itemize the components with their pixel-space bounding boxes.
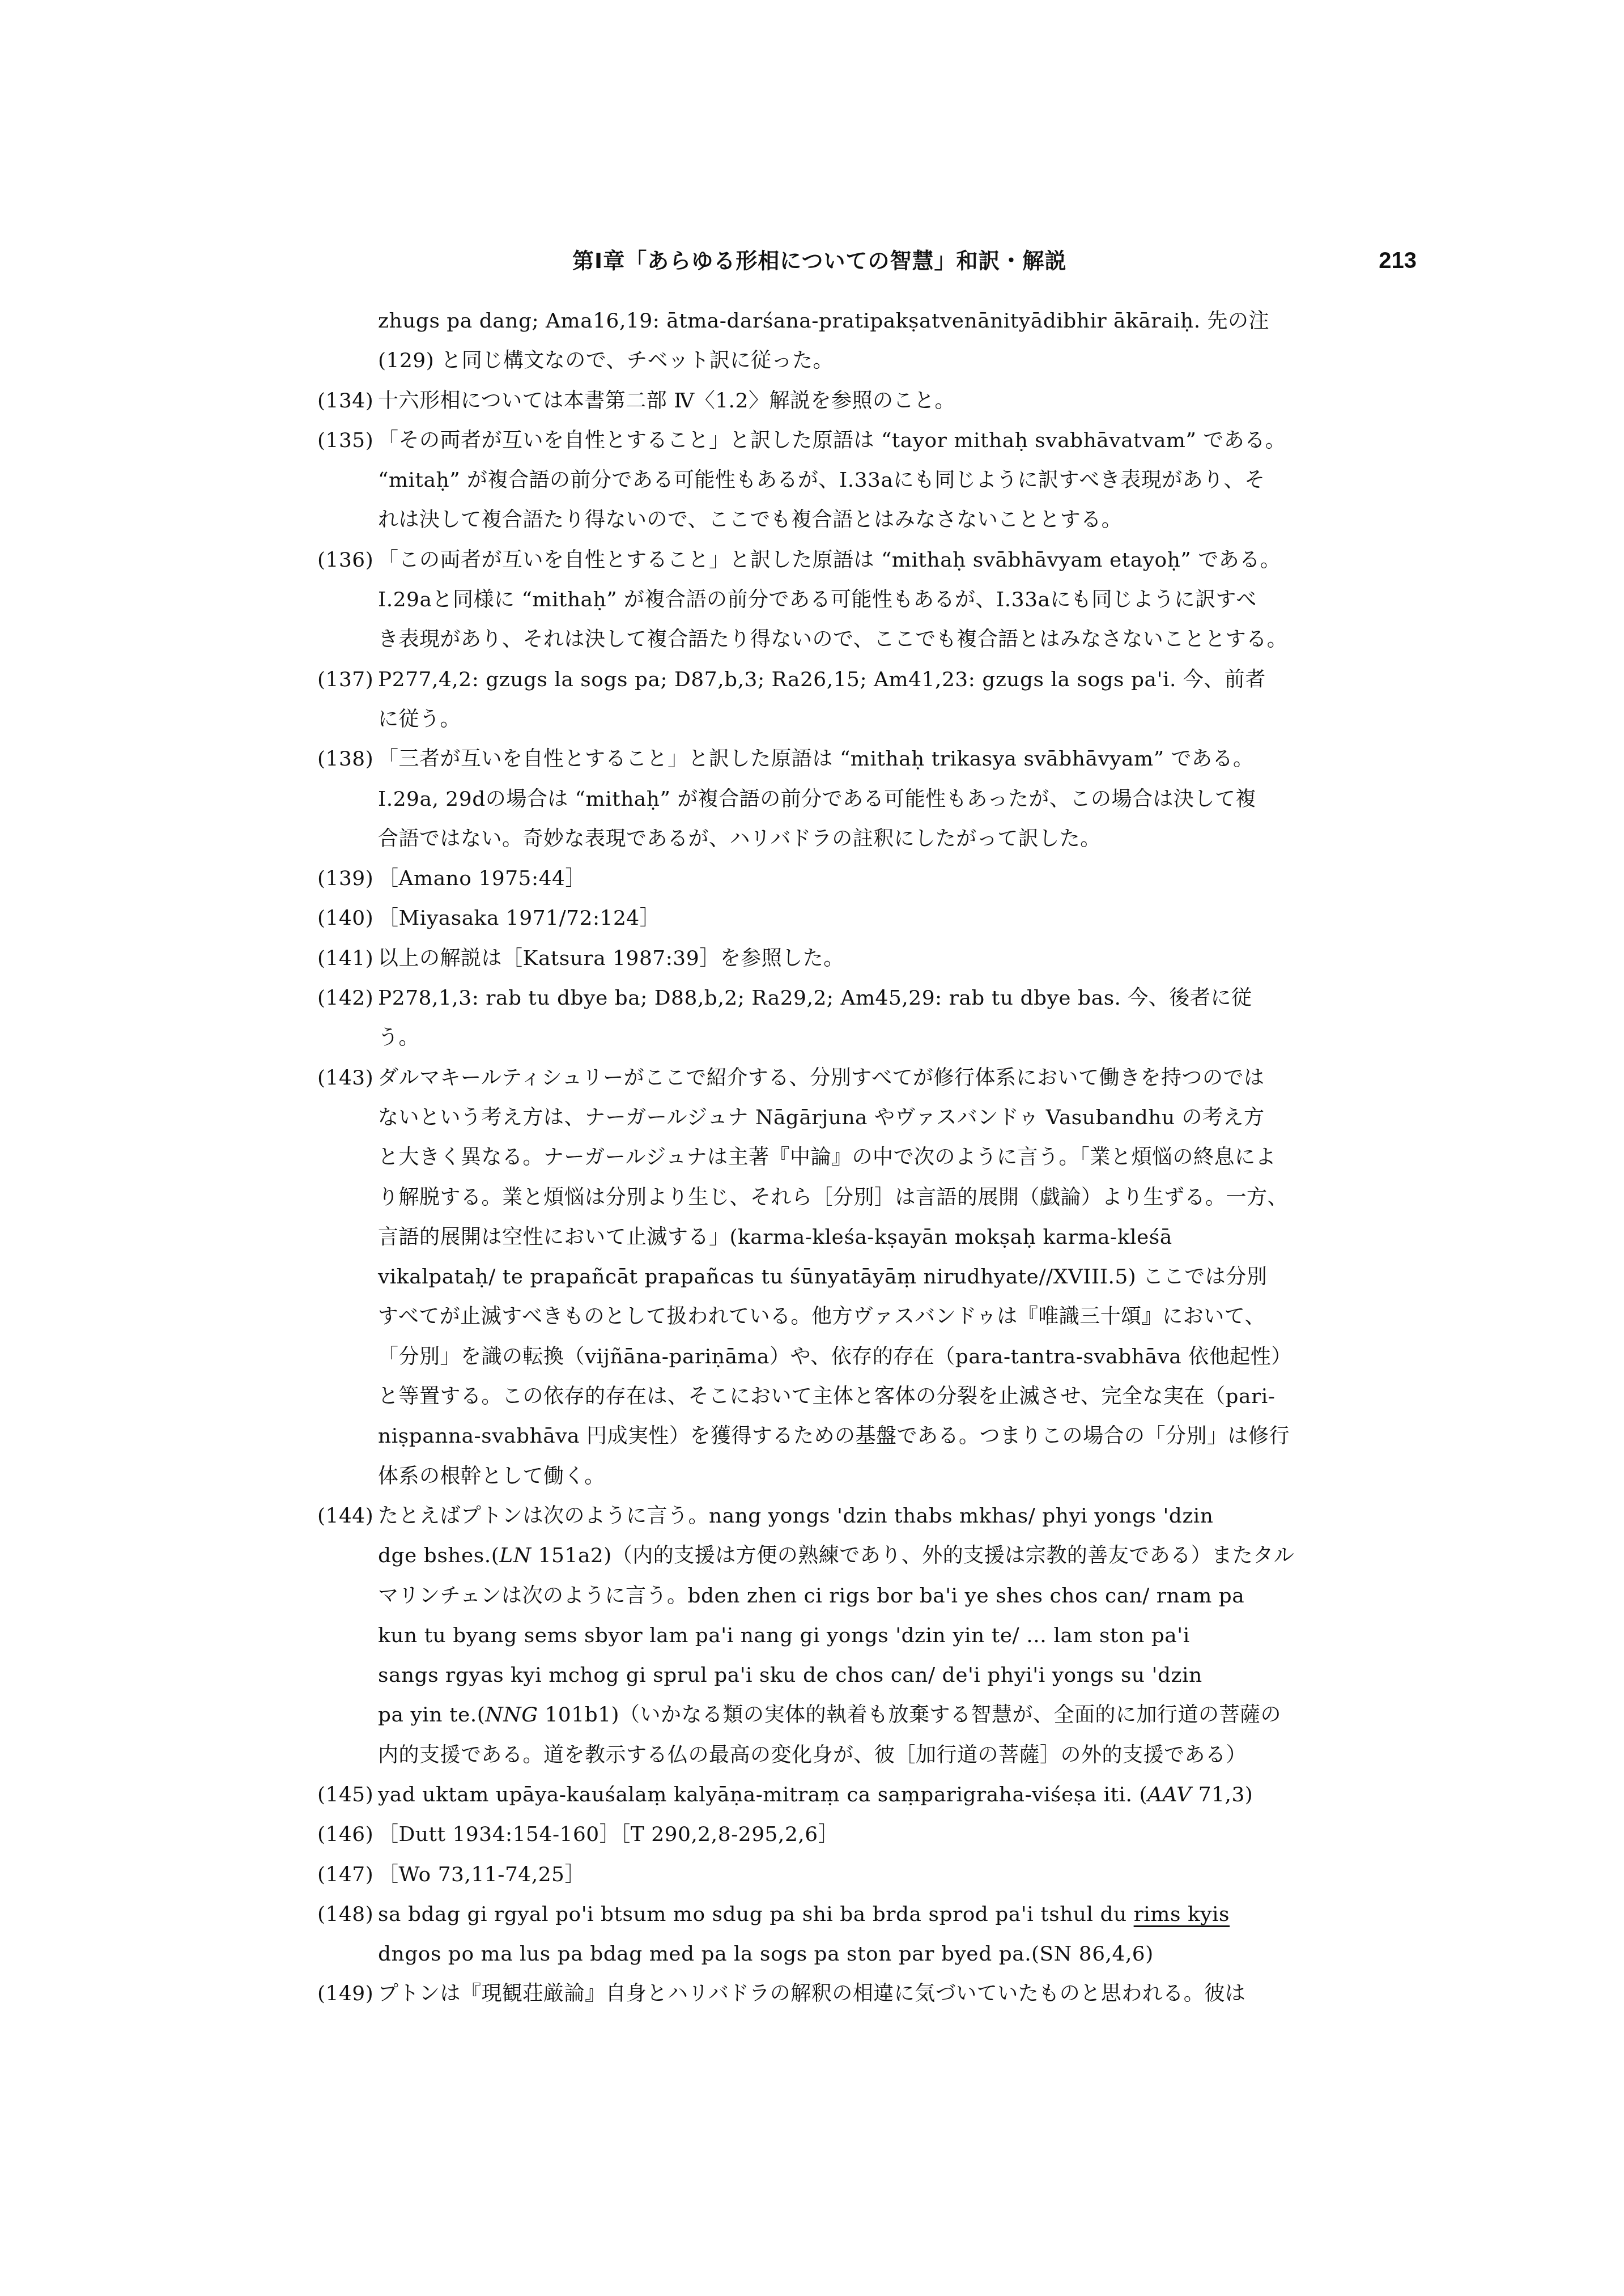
endnote-number: (139) (317, 859, 378, 899)
endnote-start-line: (142)P278,1,3: rab tu dbye ba; D88,b,2; … (317, 979, 1414, 1018)
endnote-continuation-line: dngos po ma lus pa bdag med pa la sogs p… (317, 1934, 1414, 1974)
document-page: 第Ⅰ章「あらゆる形相についての智慧」和訳・解説 213 zhugs pa dan… (0, 0, 1624, 2296)
endnote-text: ［Dutt 1934:154-160］［T 290,2,8-295,2,6］ (378, 1823, 839, 1846)
endnote-number: (144) (317, 1496, 378, 1536)
endnote-text: き表現があり、それは決して複合語たり得ないので、ここでも複合語とはみなさないこと… (378, 628, 1287, 651)
endnote-number: (136) (317, 541, 378, 580)
endnote-continuation-line: (129) と同じ構文なので、チベット訳に従った。 (317, 341, 1414, 381)
endnote-text: 以上の解説は［Katsura 1987:39］を参照した。 (378, 947, 844, 970)
text-run: sa bdag gi rgyal po'i btsum mo sdug pa s… (378, 1903, 1134, 1926)
endnote-text: 「この両者が互いを自性とすること」と訳した原語は “mithaḥ svābhāv… (378, 549, 1281, 572)
endnote-text: 十六形相については本書第二部 Ⅳ〈1.2〉解説を参照のこと。 (378, 389, 955, 413)
endnote-text: ［Wo 73,11-74,25］ (378, 1863, 585, 1886)
endnote-text: 「三者が互いを自性とすること」と訳した原語は “mithaḥ trikasya … (378, 747, 1254, 771)
endnote-text: マリンチェンは次のように言う。bden zhen ci rigs bor ba'… (378, 1584, 1244, 1608)
text-italic: LN (499, 1544, 531, 1567)
endnote-start-line: (135)「その両者が互いを自性とすること」と訳した原語は “tayor mit… (317, 421, 1414, 461)
running-head: 第Ⅰ章「あらゆる形相についての智慧」和訳・解説 213 (572, 244, 1417, 278)
endnotes-list: zhugs pa dang; Ama16,19: ātma-darśana-pr… (317, 301, 1414, 2014)
endnote-text: sangs rgyas kyi mchog gi sprul pa'i sku … (378, 1664, 1202, 1687)
endnote-continuation-line: 合語ではない。奇妙な表現であるが、ハリバドラの註釈にしたがって訳した。 (317, 819, 1414, 859)
endnote-start-line: (139)［Amano 1975:44］ (317, 859, 1414, 899)
endnote-text: ［Miyasaka 1971/72:124］ (378, 907, 660, 930)
endnote-start-line: (137)P277,4,2: gzugs la sogs pa; D87,b,3… (317, 660, 1414, 700)
endnote-continuation-line: dge bshes.(LN 151a2)（内的支援は方便の熟練であり、外的支援は… (317, 1536, 1414, 1576)
endnote-continuation-line: き表現があり、それは決して複合語たり得ないので、ここでも複合語とはみなさないこと… (317, 620, 1414, 660)
text-italic: AAV (1147, 1783, 1192, 1806)
endnote-start-line: (148)sa bdag gi rgyal po'i btsum mo sdug… (317, 1895, 1414, 1934)
endnote-text: れは決して複合語たり得ないので、ここでも複合語とはみなさないこととする。 (378, 508, 1122, 532)
endnote-continuation-line: Ⅰ.29a, 29dの場合は “mithaḥ” が複合語の前分である可能性もあっ… (317, 780, 1414, 819)
endnote-text: すべてが止滅すべきものとして扱われている。他方ヴァスバンドゥは『唯識三十頌』にお… (378, 1305, 1265, 1328)
endnote-text: 言語的展開は空性において止滅する」(karma-kleśa-kṣayān mok… (378, 1226, 1172, 1249)
endnote-continuation-line: 「分別」を識の転換（vijñāna-pariṇāma）や、依存的存在（para-… (317, 1337, 1414, 1377)
endnote-text: P278,1,3: rab tu dbye ba; D88,b,2; Ra29,… (378, 987, 1252, 1010)
endnote-number: (149) (317, 1974, 378, 2014)
endnote-text: と大きく異なる。ナーガールジュナは主著『中論』の中で次のように言う。「業と煩悩の… (378, 1146, 1276, 1169)
endnote-start-line: (136)「この両者が互いを自性とすること」と訳した原語は “mithaḥ sv… (317, 541, 1414, 580)
endnote-text: (129) と同じ構文なので、チベット訳に従った。 (378, 349, 834, 372)
endnote-number: (142) (317, 979, 378, 1018)
endnote-start-line: (145)yad uktam upāya-kauśalaṃ kalyāṇa-mi… (317, 1775, 1414, 1815)
endnote-number: (137) (317, 660, 378, 700)
endnote-continuation-line: zhugs pa dang; Ama16,19: ātma-darśana-pr… (317, 301, 1414, 341)
endnote-text: Ⅰ.29aと同様に “mithaḥ” が複合語の前分である可能性もあるが、Ⅰ.3… (378, 588, 1257, 611)
endnote-number: (135) (317, 421, 378, 461)
endnote-text: 内的支援である。道を教示する仏の最高の変化身が、彼［加行道の菩薩］の外的支援であ… (378, 1744, 1247, 1767)
endnote-start-line: (138)「三者が互いを自性とすること」と訳した原語は “mithaḥ trik… (317, 739, 1414, 779)
endnote-start-line: (146)［Dutt 1934:154-160］［T 290,2,8-295,2… (317, 1815, 1414, 1855)
endnote-continuation-line: 体系の根幹として働く。 (317, 1457, 1414, 1496)
endnote-text: kun tu byang sems sbyor lam pa'i nang gi… (378, 1624, 1190, 1647)
endnote-continuation-line: 言語的展開は空性において止滅する」(karma-kleśa-kṣayān mok… (317, 1218, 1414, 1257)
endnote-text: niṣpanna-svabhāva 円成実性）を獲得するための基盤である。つまり… (378, 1425, 1290, 1448)
endnote-text: と等置する。この依存的存在は、そこにおいて主体と客体の分裂を止滅させ、完全な実在… (378, 1385, 1275, 1408)
endnote-continuation-line: すべてが止滅すべきものとして扱われている。他方ヴァスバンドゥは『唯識三十頌』にお… (317, 1297, 1414, 1337)
endnote-continuation-line: ないという考え方は、ナーガールジュナ Nāgārjuna やヴァスバンドゥ Va… (317, 1098, 1414, 1138)
endnote-continuation-line: う。 (317, 1018, 1414, 1058)
endnote-continuation-line: と等置する。この依存的存在は、そこにおいて主体と客体の分裂を止滅させ、完全な実在… (317, 1377, 1414, 1417)
endnote-number: (140) (317, 899, 378, 938)
endnote-text: 「分別」を識の転換（vijñāna-pariṇāma）や、依存的存在（para-… (378, 1345, 1292, 1368)
endnote-number: (146) (317, 1815, 378, 1855)
endnote-text: 体系の根幹として働く。 (378, 1465, 605, 1488)
endnote-continuation-line: 内的支援である。道を教示する仏の最高の変化身が、彼［加行道の菩薩］の外的支援であ… (317, 1736, 1414, 1775)
endnote-number: (145) (317, 1775, 378, 1815)
endnote-text: り解脱する。業と煩悩は分別より生じ、それら［分別］は言語的展開（戯論）より生ずる… (378, 1186, 1288, 1209)
endnote-continuation-line: vikalpataḥ/ te prapañcāt prapañcas tu śū… (317, 1257, 1414, 1297)
page-number: 213 (1379, 244, 1417, 278)
endnote-start-line: (140)［Miyasaka 1971/72:124］ (317, 899, 1414, 938)
endnote-continuation-line: れは決して複合語たり得ないので、ここでも複合語とはみなさないこととする。 (317, 500, 1414, 540)
text-run: 101b1)（いかなる類の実体的執着も放棄する智慧が、全面的に加行道の菩薩の (538, 1703, 1281, 1727)
text-run: yad uktam upāya-kauśalaṃ kalyāṇa-mitraṃ … (378, 1783, 1147, 1806)
endnote-continuation-line: kun tu byang sems sbyor lam pa'i nang gi… (317, 1616, 1414, 1656)
endnote-start-line: (149)プトンは『現観荘厳論』自身とハリバドラの解釈の相違に気づいていたものと… (317, 1974, 1414, 2014)
endnote-text: 「その両者が互いを自性とすること」と訳した原語は “tayor mithaḥ s… (378, 429, 1286, 452)
endnote-text: プトンは『現観荘厳論』自身とハリバドラの解釈の相違に気づいていたものと思われる。… (378, 1982, 1245, 2005)
endnote-text: Ⅰ.29a, 29dの場合は “mithaḥ” が複合語の前分である可能性もあっ… (378, 788, 1256, 811)
endnote-text: zhugs pa dang; Ama16,19: ātma-darśana-pr… (378, 309, 1269, 333)
endnote-text: う。 (378, 1026, 419, 1049)
endnote-continuation-line: sangs rgyas kyi mchog gi sprul pa'i sku … (317, 1656, 1414, 1695)
endnote-continuation-line: り解脱する。業と煩悩は分別より生じ、それら［分別］は言語的展開（戯論）より生ずる… (317, 1178, 1414, 1218)
text-run: pa yin te.( (378, 1703, 485, 1727)
chapter-title: 第Ⅰ章「あらゆる形相についての智慧」和訳・解説 (572, 244, 1066, 278)
endnote-start-line: (143)ダルマキールティシュリーがここで紹介する、分別すべてが修行体系において… (317, 1058, 1414, 1098)
text-underline: rims kyis (1134, 1903, 1230, 1926)
endnote-start-line: (141)以上の解説は［Katsura 1987:39］を参照した。 (317, 939, 1414, 979)
endnote-number: (141) (317, 939, 378, 979)
endnote-text: ないという考え方は、ナーガールジュナ Nāgārjuna やヴァスバンドゥ Va… (378, 1106, 1265, 1129)
endnote-text: “mitaḥ” が複合語の前分である可能性もあるが、Ⅰ.33aにも同じように訳す… (378, 469, 1265, 492)
endnote-text: P277,4,2: gzugs la sogs pa; D87,b,3; Ra2… (378, 668, 1266, 691)
endnote-continuation-line: pa yin te.(NNG 101b1)（いかなる類の実体的執着も放棄する智慧… (317, 1695, 1414, 1735)
endnote-number: (148) (317, 1895, 378, 1934)
endnote-number: (143) (317, 1058, 378, 1098)
endnote-text: ［Amano 1975:44］ (378, 867, 586, 890)
endnote-continuation-line: マリンチェンは次のように言う。bden zhen ci rigs bor ba'… (317, 1576, 1414, 1616)
endnote-continuation-line: “mitaḥ” が複合語の前分である可能性もあるが、Ⅰ.33aにも同じように訳す… (317, 461, 1414, 500)
endnote-number: (138) (317, 739, 378, 779)
endnote-start-line: (147)［Wo 73,11-74,25］ (317, 1855, 1414, 1895)
endnote-text: たとえばプトンは次のように言う。nang yongs 'dzin thabs m… (378, 1504, 1214, 1528)
endnote-text: に従う。 (378, 708, 461, 731)
endnote-continuation-line: niṣpanna-svabhāva 円成実性）を獲得するための基盤である。つまり… (317, 1417, 1414, 1456)
endnote-start-line: (134)十六形相については本書第二部 Ⅳ〈1.2〉解説を参照のこと。 (317, 381, 1414, 421)
endnote-number: (147) (317, 1855, 378, 1895)
text-italic: NNG (485, 1703, 538, 1727)
text-run: 151a2)（内的支援は方便の熟練であり、外的支援は宗教的善友である）またタル (532, 1544, 1295, 1567)
endnote-number: (134) (317, 381, 378, 421)
endnote-start-line: (144)たとえばプトンは次のように言う。nang yongs 'dzin th… (317, 1496, 1414, 1536)
endnote-continuation-line: に従う。 (317, 700, 1414, 739)
endnote-continuation-line: と大きく異なる。ナーガールジュナは主著『中論』の中で次のように言う。「業と煩悩の… (317, 1138, 1414, 1177)
endnote-continuation-line: Ⅰ.29aと同様に “mithaḥ” が複合語の前分である可能性もあるが、Ⅰ.3… (317, 580, 1414, 620)
endnote-text: 合語ではない。奇妙な表現であるが、ハリバドラの註釈にしたがって訳した。 (378, 827, 1101, 851)
text-run: dge bshes.( (378, 1544, 499, 1567)
endnote-text: dngos po ma lus pa bdag med pa la sogs p… (378, 1942, 1154, 1966)
endnote-text: vikalpataḥ/ te prapañcāt prapañcas tu śū… (378, 1265, 1267, 1289)
text-run: 71,3) (1192, 1783, 1253, 1806)
endnote-text: ダルマキールティシュリーがここで紹介する、分別すべてが修行体系において働きを持つ… (378, 1066, 1264, 1090)
